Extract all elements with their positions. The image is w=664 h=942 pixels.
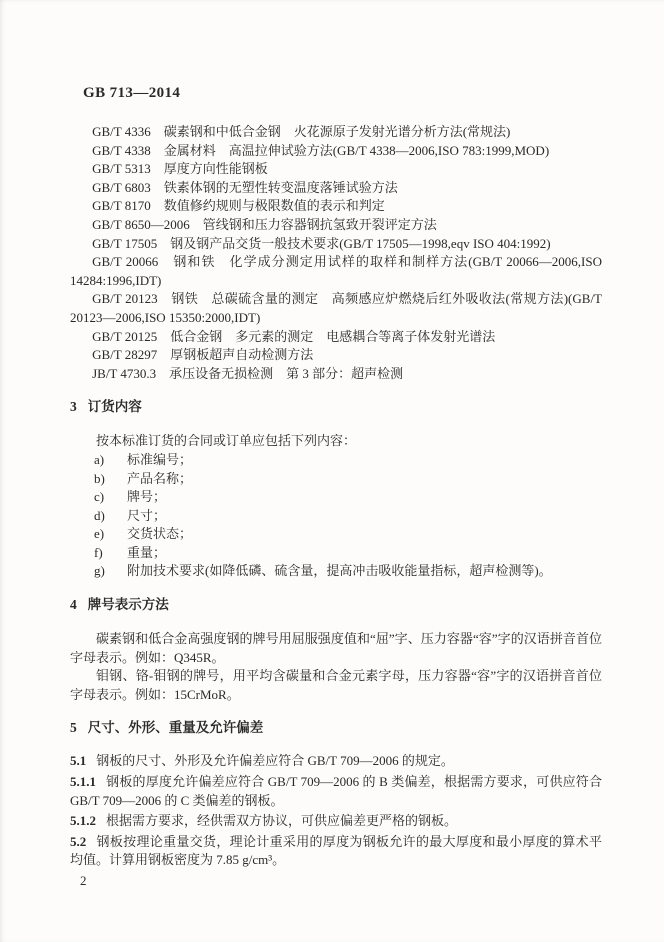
reference-item: GB/T 28297 厚钢板超声自动检测方法 — [70, 346, 602, 365]
section-number: 5 — [70, 720, 77, 735]
section-title: 尺寸、外形、重量及允许偏差 — [88, 720, 264, 735]
list-item-label: f) — [94, 544, 127, 563]
clause-number: 5.1.2 — [70, 813, 96, 828]
section-title: 订货内容 — [88, 399, 142, 414]
section-4-body: 碳素钢和低合金高强度钢的牌号用屈服强度值和“屈”字、压力容器“容”字的汉语拼音首… — [70, 630, 602, 704]
list-item-text: 产品名称； — [127, 471, 192, 486]
paragraph: 碳素钢和低合金高强度钢的牌号用屈服强度值和“屈”字、压力容器“容”字的汉语拼音首… — [70, 630, 602, 667]
list-item-text: 尺寸； — [127, 508, 166, 523]
clause: 5.1钢板的尺寸、外形及允许偏差应符合 GB/T 709—2006 的规定。 — [70, 752, 602, 771]
clause-text: 钢板的尺寸、外形及允许偏差应符合 GB/T 709—2006 的规定。 — [96, 753, 454, 768]
order-content-item: a)标准编号； — [70, 451, 602, 470]
clause-number: 5.1.1 — [70, 774, 96, 789]
list-item-label: a) — [94, 451, 127, 470]
list-item-label: g) — [94, 562, 127, 581]
order-content-item: c)牌号； — [70, 488, 602, 507]
section-3-heading: 3订货内容 — [70, 397, 602, 416]
order-content-item: e)交货状态； — [70, 525, 602, 544]
list-item-text: 交货状态； — [127, 526, 192, 541]
reference-list: GB/T 4336 碳素钢和中低合金钢 火花源原子发射光谱分析方法(常规法) G… — [70, 123, 602, 383]
order-content-list: a)标准编号； b)产品名称； c)牌号； d)尺寸； — [70, 451, 602, 581]
clause-number: 5.2 — [70, 834, 86, 849]
section-5-body: 5.1钢板的尺寸、外形及允许偏差应符合 GB/T 709—2006 的规定。 5… — [70, 752, 602, 870]
reference-item: GB/T 4336 碳素钢和中低合金钢 火花源原子发射光谱分析方法(常规法) — [70, 123, 602, 142]
paragraph: 钼钢、铬-钼钢的牌号，用平均含碳量和合金元素字母，压力容器“容”字的汉语拼音首位… — [70, 667, 602, 704]
section-4-heading: 4牌号表示方法 — [70, 595, 602, 614]
clause-number: 5.1 — [70, 753, 86, 768]
list-item-label: c) — [94, 488, 127, 507]
reference-item: GB/T 8170 数值修约规则与极限数值的表示和判定 — [70, 197, 602, 216]
reference-item: GB/T 4338 金属材料 高温拉伸试验方法(GB/T 4338—2006,I… — [70, 142, 602, 161]
order-content-item: f)重量； — [70, 544, 602, 563]
order-content-item: d)尺寸； — [70, 507, 602, 526]
reference-item: GB/T 20123 钢铁 总碳硫含量的测定 高频感应炉燃烧后红外吸收法(常规方… — [70, 290, 602, 327]
order-content-item: g)附加技术要求(如降低磷、硫含量，提高冲击吸收能量指标，超声检测等)。 — [70, 562, 602, 581]
clause: 5.1.1钢板的厚度允许偏差应符合 GB/T 709—2006 的 B 类偏差，… — [70, 773, 602, 810]
section-title: 牌号表示方法 — [88, 597, 169, 612]
clause: 5.2钢板按理论重量交货，理论计重采用的厚度为钢板允许的最大厚度和最小厚度的算术… — [70, 833, 602, 870]
list-item-text: 牌号； — [127, 489, 166, 504]
clause-text: 钢板的厚度允许偏差应符合 GB/T 709—2006 的 B 类偏差，根据需方要… — [70, 774, 602, 808]
page-content: GB 713—2014 GB/T 4336 碳素钢和中低合金钢 火花源原子发射光… — [70, 85, 602, 889]
reference-item: GB/T 5313 厚度方向性能钢板 — [70, 160, 602, 179]
list-item-label: e) — [94, 525, 127, 544]
order-content-intro: 按本标准订货的合同或订单应包括下列内容： — [70, 432, 602, 451]
reference-item: GB/T 6803 铁素体钢的无塑性转变温度落锤试验方法 — [70, 179, 602, 198]
standard-code-header: GB 713—2014 — [70, 85, 602, 102]
section-3-body: 按本标准订货的合同或订单应包括下列内容： a)标准编号； b)产品名称； c)牌… — [70, 432, 602, 581]
list-item-label: d) — [94, 507, 127, 526]
list-item-text: 重量； — [127, 545, 166, 560]
section-number: 4 — [70, 597, 77, 612]
reference-item: JB/T 4730.3 承压设备无损检测 第 3 部分：超声检测 — [70, 365, 602, 384]
document-page: GB 713—2014 GB/T 4336 碳素钢和中低合金钢 火花源原子发射光… — [0, 0, 664, 942]
list-item-text: 标准编号； — [127, 452, 192, 467]
list-item-text: 附加技术要求(如降低磷、硫含量，提高冲击吸收能量指标，超声检测等)。 — [127, 563, 552, 578]
clause-text: 钢板按理论重量交货，理论计重采用的厚度为钢板允许的最大厚度和最小厚度的算术平均值… — [70, 834, 602, 868]
page-number: 2 — [70, 873, 602, 889]
section-number: 3 — [70, 399, 77, 414]
clause-text: 根据需方要求，经供需双方协议，可供应偏差更严格的钢板。 — [106, 813, 457, 828]
clause: 5.1.2根据需方要求，经供需双方协议，可供应偏差更严格的钢板。 — [70, 812, 602, 831]
reference-item: GB/T 20066 钢和铁 化学成分测定用试样的取样和制样方法(GB/T 20… — [70, 253, 602, 290]
reference-item: GB/T 20125 低合金钢 多元素的测定 电感耦合等离子体发射光谱法 — [70, 328, 602, 347]
reference-item: GB/T 8650—2006 管线钢和压力容器钢抗氢致开裂评定方法 — [70, 216, 602, 235]
reference-item: GB/T 17505 钢及钢产品交货一般技术要求(GB/T 17505—1998… — [70, 235, 602, 254]
order-content-item: b)产品名称； — [70, 470, 602, 489]
list-item-label: b) — [94, 470, 127, 489]
section-5-heading: 5尺寸、外形、重量及允许偏差 — [70, 718, 602, 737]
